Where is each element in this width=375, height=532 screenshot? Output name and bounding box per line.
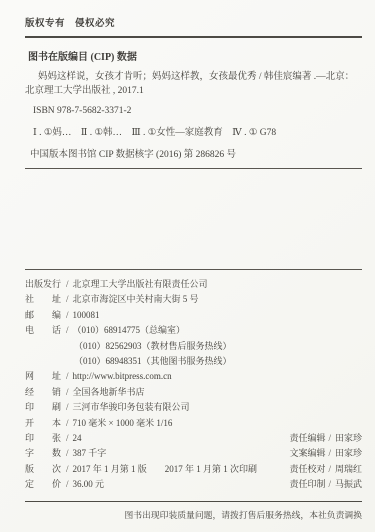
footer-rule — [25, 501, 362, 502]
isbn-line: ISBN 978-7-5682-3371-2 — [25, 106, 362, 116]
staff-row-proofreader: 责任校对/周瑞红 — [289, 462, 362, 477]
copyright-notice: 版权专有 侵权必究 — [25, 15, 362, 29]
row-separator: / — [63, 277, 73, 292]
row-separator: / — [325, 477, 335, 492]
row-value: 24 — [73, 431, 82, 446]
staff-value: 周瑞红 — [335, 462, 362, 477]
footer-note: 图书出现印装质量问题，请拨打售后服务热线，本社负责调换 — [25, 508, 362, 521]
staff-value: 田家珍 — [335, 446, 362, 461]
row-separator: / — [63, 385, 73, 400]
row-separator: / — [325, 431, 335, 446]
staff-label: 文案编辑 — [289, 446, 325, 461]
row-value: 全国各地新华书店 — [73, 385, 145, 400]
row-label: 开 本 — [25, 416, 63, 431]
pub-row-phone-3: （010）68948351（其他图书服务热线） — [25, 354, 362, 369]
staff-value: 马振武 — [335, 477, 362, 492]
row-separator: / — [63, 446, 73, 461]
pub-row-publisher: 出版发行/北京理工大学出版社有限责任公司 — [25, 277, 362, 292]
cip-record-line: 中国版本图书馆 CIP 数据核字 (2016) 第 286826 号 — [25, 146, 362, 160]
top-rule — [25, 36, 362, 38]
row-separator: / — [325, 462, 335, 477]
row-value: 710 毫米 × 1000 毫米 1/16 — [73, 416, 173, 431]
staff-row-print-supervisor: 责任印制/马振武 — [289, 477, 362, 492]
pub-row-postcode: 邮 编/100081 — [25, 308, 362, 323]
row-value: 2017 年 1 月第 1 版 2017 年 1 月第 1 次印刷 — [73, 462, 258, 477]
pub-row-distribution: 经 销/全国各地新华书店 — [25, 385, 362, 400]
cip-entry: 妈妈这样说，女孩才肯听；妈妈这样教，女孩最优秀 / 韩佳宸编著 .—北京：北京理… — [25, 70, 362, 98]
staff-label: 责任编辑 — [289, 431, 325, 446]
row-label: 定 价 — [25, 477, 63, 492]
pub-row-price: 定 价/36.00 元 责任印制/马振武 — [25, 477, 362, 492]
row-separator: / — [63, 292, 73, 307]
row-label: 版 次 — [25, 462, 63, 477]
row-separator: / — [63, 400, 73, 415]
pub-row-sheets: 印 张/24 责任编辑/田家珍 — [25, 431, 362, 446]
row-separator: / — [63, 369, 73, 384]
row-separator: / — [63, 416, 73, 431]
row-label: 经 销 — [25, 385, 63, 400]
row-label: 印 张 — [25, 431, 63, 446]
row-label: 网 址 — [25, 369, 63, 384]
row-label: 出版发行 — [25, 277, 63, 292]
row-separator: / — [325, 446, 335, 461]
row-value: （010）68948351（其他图书服务热线） — [74, 354, 232, 369]
cip-heading: 图书在版编目 (CIP) 数据 — [25, 48, 362, 63]
cip-section-divider — [25, 168, 362, 169]
row-value: 100081 — [73, 308, 100, 323]
row-value: 北京理工大学出版社有限责任公司 — [73, 277, 208, 292]
publication-info: 出版发行/北京理工大学出版社有限责任公司 社 址/北京市海淀区中关村南大街 5 … — [25, 277, 362, 492]
row-label: 邮 编 — [25, 308, 63, 323]
row-separator: / — [63, 323, 73, 338]
row-label: 字 数 — [25, 446, 63, 461]
publication-section-divider — [25, 269, 362, 270]
row-value: 北京市海淀区中关村南大街 5 号 — [73, 292, 199, 307]
staff-label: 责任校对 — [289, 462, 325, 477]
pub-row-phone: 电 话/（010）68914775（总编室） — [25, 323, 362, 338]
row-separator: / — [63, 431, 73, 446]
row-separator: / — [63, 477, 73, 492]
row-label: 社 址 — [25, 292, 63, 307]
pub-row-website: 网 址/http://www.bitpress.com.cn — [25, 369, 362, 384]
pub-row-wordcount: 字 数/387 千字 文案编辑/田家珍 — [25, 446, 362, 461]
row-value: （010）82562903（教材售后服务热线） — [74, 339, 232, 354]
row-separator: / — [63, 308, 73, 323]
row-value: 36.00 元 — [73, 477, 105, 492]
row-label: 印 刷 — [25, 400, 63, 415]
pub-row-format: 开 本/710 毫米 × 1000 毫米 1/16 — [25, 416, 362, 431]
website-url: http://www.bitpress.com.cn — [73, 369, 172, 384]
staff-value: 田家珍 — [335, 431, 362, 446]
row-value: 387 千字 — [73, 446, 107, 461]
row-label: 电 话 — [25, 323, 63, 338]
pub-row-phone-2: （010）82562903（教材售后服务热线） — [25, 339, 362, 354]
row-value: 三河市华骏印务包装有限公司 — [73, 400, 190, 415]
staff-row-editor: 责任编辑/田家珍 — [289, 431, 362, 446]
pub-row-address: 社 址/北京市海淀区中关村南大街 5 号 — [25, 292, 362, 307]
staff-label: 责任印制 — [289, 477, 325, 492]
pub-row-printer: 印 刷/三河市华骏印务包装有限公司 — [25, 400, 362, 415]
classification-line: Ⅰ . ①妈… Ⅱ . ①韩… Ⅲ . ①女性—家庭教育 Ⅳ . ① G78 — [25, 124, 362, 138]
pub-row-edition: 版 次/2017 年 1 月第 1 版 2017 年 1 月第 1 次印刷 责任… — [25, 462, 362, 477]
staff-row-copy-editor: 文案编辑/田家珍 — [289, 446, 362, 461]
row-value: （010）68914775（总编室） — [73, 323, 186, 338]
copyright-page: 版权专有 侵权必究 图书在版编目 (CIP) 数据 妈妈这样说，女孩才肯听；妈妈… — [0, 0, 375, 532]
row-separator: / — [63, 462, 73, 477]
